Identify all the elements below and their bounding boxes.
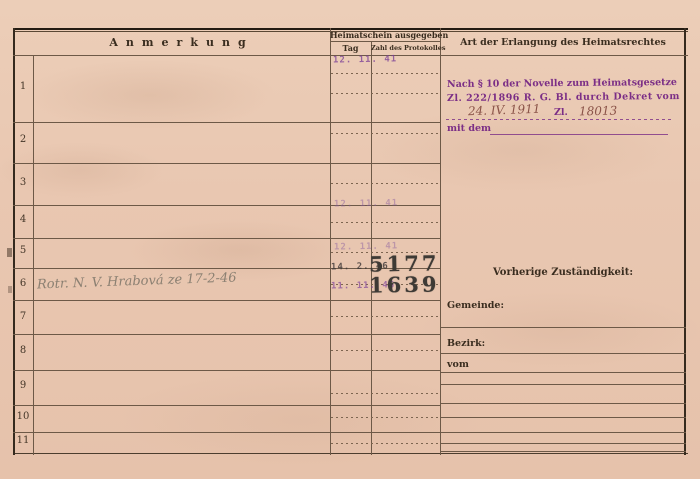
rownum-column-divider [33, 55, 34, 455]
dotted-rule [331, 222, 440, 223]
stamp-zl-label: Zl. [554, 108, 568, 119]
row-number-11: 11 [13, 435, 33, 447]
row-number-6: 6 [13, 278, 33, 290]
table-frame: Anmerkung Heimatschein ausgegeben Tag Za… [13, 28, 688, 455]
row-rule [13, 334, 440, 335]
tag-column-header: Tag [330, 44, 371, 53]
frame-bottom-border [13, 453, 688, 454]
vorherige-zustaendigkeit-label: Vorherige Zuständigkeit: [440, 267, 686, 279]
heimatschein-column-header: Heimatschein ausgegeben [330, 31, 440, 40]
row6-pencil-note: Rotr. N. V. Hrabová ze 17-2-46 [37, 272, 237, 294]
vom-label: vom [447, 360, 469, 371]
gemeinde-label: Gemeinde: [447, 301, 504, 312]
row-rule [13, 122, 440, 123]
row-number-4: 4 [13, 214, 33, 226]
handwritten-decree-number: 18013 [579, 105, 617, 119]
dotted-rule [331, 393, 440, 394]
row-number-7: 7 [13, 311, 33, 323]
right-rule [440, 327, 686, 328]
decree-date-underline [446, 119, 671, 120]
mit-dem-label: mit dem [447, 124, 491, 135]
anmerkung-column-header: Anmerkung [33, 37, 330, 50]
dotted-rule [331, 350, 440, 351]
right-rule [440, 384, 686, 385]
row-number-10: 10 [13, 411, 33, 423]
row-number-8: 8 [13, 345, 33, 357]
right-rule [440, 353, 686, 354]
row-number-1: 1 [13, 81, 33, 93]
row-rule [13, 163, 440, 164]
bezirk-label: Bezirk: [447, 339, 485, 350]
date-stamp-1: 12. 11. 41 [333, 54, 397, 65]
dotted-rule [331, 73, 440, 74]
row-number-3: 3 [13, 177, 33, 189]
row-number-2: 2 [13, 134, 33, 146]
right-rule [440, 443, 686, 444]
row-rule [13, 300, 440, 301]
row-rule [13, 238, 440, 239]
dotted-rule [331, 183, 440, 184]
scan-smudge [8, 286, 12, 293]
right-rule [440, 451, 686, 452]
dotted-rule [331, 417, 440, 418]
frame-right-border [684, 28, 686, 455]
dotted-rule [331, 316, 440, 317]
dotted-rule [331, 443, 440, 444]
scanned-document-page: Anmerkung Heimatschein ausgegeben Tag Za… [0, 0, 700, 479]
scan-smudge [7, 248, 12, 257]
right-rule [440, 403, 686, 404]
right-rule [440, 417, 686, 418]
right-rule [440, 372, 686, 373]
mit-dem-underline [490, 134, 668, 135]
row-rule [13, 405, 440, 406]
protocol-number-stamp-2: 1639 [369, 272, 440, 297]
zahl-column-header: Zahl des Protokolles [371, 45, 440, 52]
dotted-rule [331, 133, 440, 134]
row-number-5: 5 [13, 245, 33, 257]
handwritten-decree-date: 24. IV. 1911 [468, 103, 541, 119]
art-column-header: Art der Erlangung des Heimatsrechtes [440, 38, 686, 49]
dotted-rule [331, 93, 440, 94]
row-rule [13, 370, 440, 371]
middle-right-divider [440, 28, 441, 455]
right-rule [440, 432, 686, 433]
heimatschein-header-underline [330, 41, 440, 42]
novelle-stamp-line1: Nach § 10 der Novelle zum Heimatsgesetze [447, 78, 679, 91]
date-stamp-2: 12. 11. 41 [334, 198, 398, 209]
row-rule [13, 432, 440, 433]
row-number-9: 9 [13, 380, 33, 392]
